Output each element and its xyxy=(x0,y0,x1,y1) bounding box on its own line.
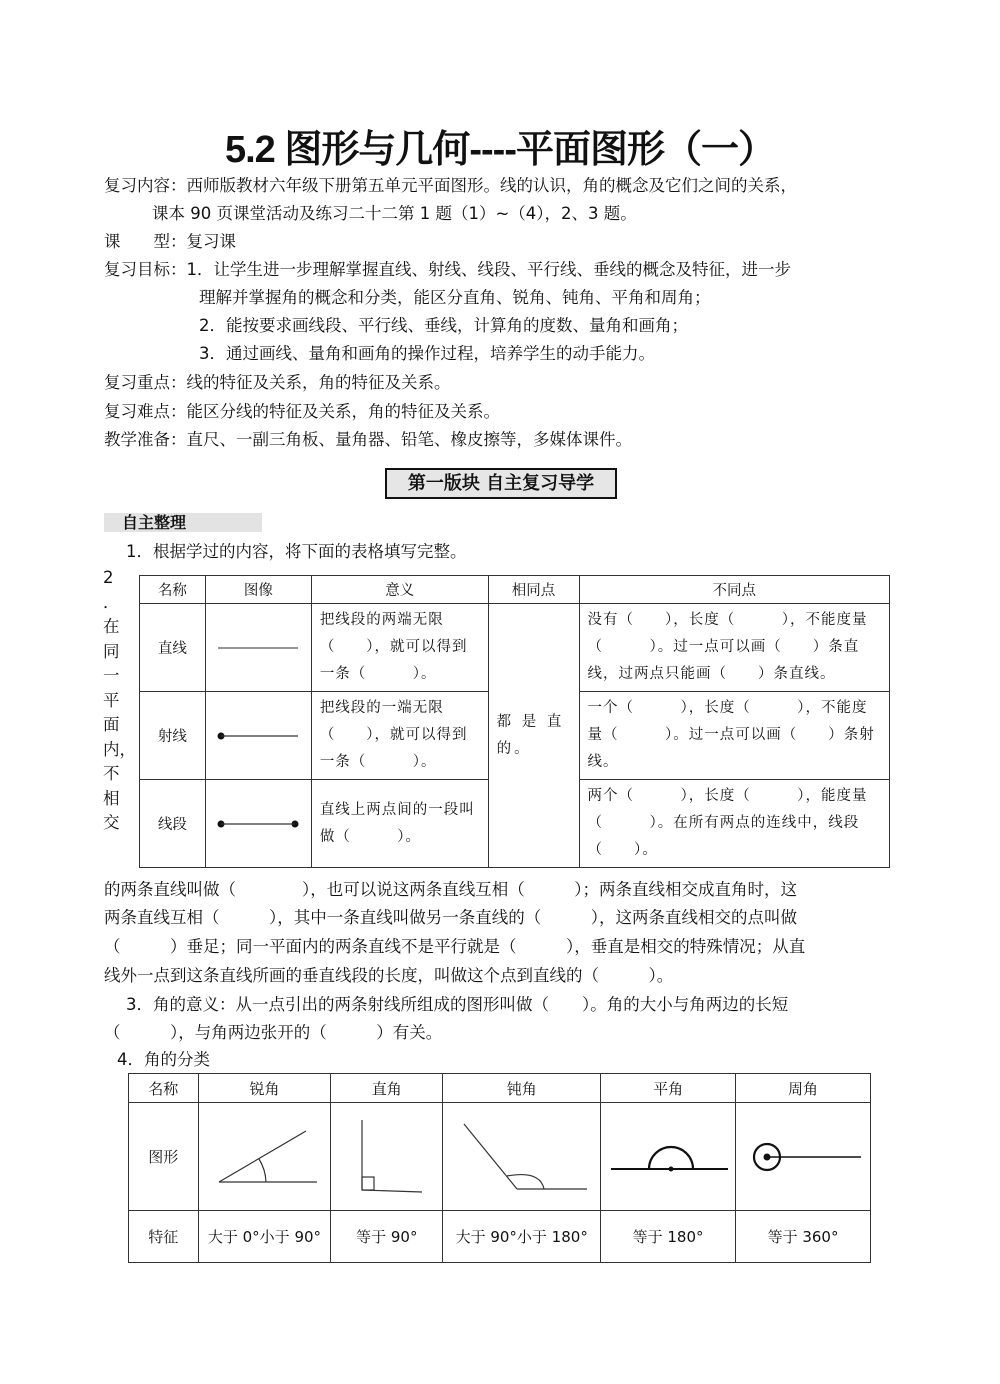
straight-line-icon xyxy=(213,643,303,653)
table-row: 特征 大于 0°小于 90° 等于 90° 大于 90°小于 180° 等于 1… xyxy=(129,1211,871,1263)
angle-name: 锐角 xyxy=(198,1074,331,1103)
acute-angle-figure xyxy=(198,1103,331,1211)
header-common: 相同点 xyxy=(488,576,579,604)
goal-2: 2．能按要求画线段、平行线、垂线，计算角的度数、量角和画角； xyxy=(199,312,688,340)
row-name: 线段 xyxy=(140,780,206,868)
vertical-char: 一 xyxy=(103,664,137,689)
angle-feature: 大于 90°小于 180° xyxy=(443,1211,601,1263)
row-label-figure: 图形 xyxy=(129,1103,199,1211)
right-angle-figure xyxy=(331,1103,443,1211)
vertical-char: 同 xyxy=(103,640,137,665)
row-meaning: 把线段的两端无限（ ），就可以得到一条（ ）。 xyxy=(311,604,488,692)
lines-table: 名称 图像 意义 相同点 不同点 直线 把线段的两端无限（ ），就可以得到一条（… xyxy=(139,575,890,868)
header-figure: 图像 xyxy=(205,576,311,604)
row-name: 射线 xyxy=(140,692,206,780)
question-1: 1．根据学过的内容，将下面的表格填写完整。 xyxy=(126,538,467,566)
vertical-char: 相 xyxy=(103,787,137,812)
angle-feature: 等于 360° xyxy=(736,1211,871,1263)
table-header-row: 名称 图像 意义 相同点 不同点 xyxy=(140,576,890,604)
angle-name: 钝角 xyxy=(443,1074,601,1103)
angle-name: 周角 xyxy=(736,1074,871,1103)
row-meaning: 直线上两点间的一段叫做（ ）。 xyxy=(311,780,488,868)
question-2-vertical-text: 2 ． 在 同 一 平 面 内， 不 相 交 xyxy=(103,566,137,836)
ray-icon xyxy=(213,731,303,741)
lesson-type: 课 型：复习课 xyxy=(104,228,236,256)
angles-table: 名称 锐角 直角 钝角 平角 周角 图形 xyxy=(128,1073,871,1263)
table-header-row: 名称 锐角 直角 钝角 平角 周角 xyxy=(129,1074,871,1103)
goal-1-line2: 理解并掌握角的概念和分类，能区分直角、锐角、钝角、平角和周角； xyxy=(199,284,711,312)
teaching-preparation: 教学准备：直尺、一副三角板、量角器、铅笔、橡皮擦等，多媒体课件。 xyxy=(104,426,632,454)
angle-feature: 等于 180° xyxy=(601,1211,736,1263)
vertical-char: 内， xyxy=(103,738,137,763)
header-difference: 不同点 xyxy=(579,576,890,604)
question-2-line2: 两条直线互相（ ），其中一条直线叫做另一条直线的（ ），这两条直线相交的点叫做 xyxy=(104,904,797,932)
angle-name: 直角 xyxy=(331,1074,443,1103)
row-label-name: 名称 xyxy=(129,1074,199,1103)
question-2-line3: （ ）垂足；同一平面内的两条直线不是平行就是（ ），垂直是相交的特殊情况；从直 xyxy=(104,933,805,961)
table-row: 图形 xyxy=(129,1103,871,1211)
vertical-char: 交 xyxy=(103,811,137,836)
line-figure xyxy=(205,604,311,692)
vertical-char: ． xyxy=(103,591,137,616)
goal-3: 3．通过画线、量角和画角的操作过程，培养学生的动手能力。 xyxy=(199,340,655,368)
goal-1-line1: 1．让学生进一步理解掌握直线、射线、线段、平行线、垂线的概念及特征，进一步 xyxy=(187,260,792,279)
question-3-line2: （ ），与角两边张开的（ ）有关。 xyxy=(104,1019,442,1047)
angle-name: 平角 xyxy=(601,1074,736,1103)
vertical-char: 平 xyxy=(103,689,137,714)
line-segment-icon xyxy=(213,819,303,829)
page-title: 5.2 图形与几何----平面图形（一） xyxy=(0,118,1000,173)
review-goals-label: 复习目标： xyxy=(104,260,187,279)
lesson-type-label: 课 型： xyxy=(104,232,187,251)
vertical-char: 2 xyxy=(103,566,137,591)
straight-angle-figure xyxy=(601,1103,736,1211)
review-content-line1: 复习内容：西师版教材六年级下册第五单元平面图形。线的认识，角的概念及它们之间的关… xyxy=(104,172,797,200)
table-row: 直线 把线段的两端无限（ ），就可以得到一条（ ）。 都 是 直的。 没有（ ）… xyxy=(140,604,890,692)
vertical-char: 面 xyxy=(103,713,137,738)
question-4: 4．角的分类 xyxy=(117,1046,210,1074)
question-3-line1: 3．角的意义：从一点引出的两条射线所组成的图形叫做（ ）。角的大小与角两边的长短 xyxy=(126,991,788,1019)
full-angle-figure xyxy=(736,1103,871,1211)
full-angle-icon xyxy=(741,1117,866,1197)
row-meaning: 把线段的一端无限（ ），就可以得到一条（ ）。 xyxy=(311,692,488,780)
key-points: 复习重点：线的特征及关系，角的特征及关系。 xyxy=(104,369,451,397)
angle-feature: 等于 90° xyxy=(331,1211,443,1263)
ray-figure xyxy=(205,692,311,780)
straight-angle-icon xyxy=(606,1117,731,1197)
right-angle-icon xyxy=(337,1112,437,1202)
row-difference: 没有（ ），长度（ ），不能度量（ ）。过一点可以画（ ）条直线，过两点只能画（… xyxy=(579,604,890,692)
question-2-line1: 的两条直线叫做（ ），也可以说这两条直线互相（ ）；两条直线相交成直角时，这 xyxy=(104,876,797,904)
difficulties: 复习难点：能区分线的特征及关系，角的特征及关系。 xyxy=(104,398,500,426)
review-content-line2: 课本 90 页课堂活动及练习二十二第 1 题（1）~（4），2、3 题。 xyxy=(152,200,637,228)
subsection-title: 自主整理 xyxy=(104,513,262,532)
vertical-char: 不 xyxy=(103,762,137,787)
acute-angle-icon xyxy=(209,1117,319,1197)
section-title: 第一版块 自主复习导学 xyxy=(385,468,617,499)
vertical-char: 在 xyxy=(103,615,137,640)
review-goals: 复习目标：1．让学生进一步理解掌握直线、射线、线段、平行线、垂线的概念及特征，进… xyxy=(104,256,791,284)
segment-figure xyxy=(205,780,311,868)
question-2-line4: 线外一点到这条直线所画的垂直线段的长度，叫做这个点到直线的（ ）。 xyxy=(104,962,673,990)
header-name: 名称 xyxy=(140,576,206,604)
row-name: 直线 xyxy=(140,604,206,692)
obtuse-angle-figure xyxy=(443,1103,601,1211)
row-label-feature: 特征 xyxy=(129,1211,199,1263)
header-meaning: 意义 xyxy=(311,576,488,604)
row-difference: 一个（ ），长度（ ），不能度量（ ）。过一点可以画（ ）条射线。 xyxy=(579,692,890,780)
review-content-label: 复习内容： xyxy=(104,176,187,195)
review-content-text: 西师版教材六年级下册第五单元平面图形。线的认识，角的概念及它们之间的关系， xyxy=(187,176,798,195)
angle-feature: 大于 0°小于 90° xyxy=(198,1211,331,1263)
row-difference: 两个（ ），长度（ ），能度量（ ）。在所有两点的连线中，线段（ ）。 xyxy=(579,780,890,868)
common-feature: 都 是 直的。 xyxy=(488,604,579,868)
obtuse-angle-icon xyxy=(452,1112,592,1202)
lesson-type-value: 复习课 xyxy=(187,232,237,251)
